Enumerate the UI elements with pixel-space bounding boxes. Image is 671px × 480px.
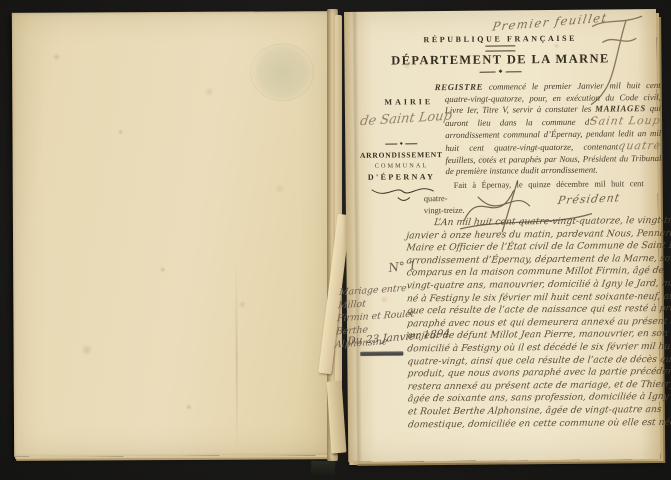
register-printed-text: feuillets, cotés et paraphés par Nous, P…: [445, 153, 661, 177]
double-rule-ornament: [485, 45, 515, 51]
department-heading: DÉPARTEMENT DE LA MARNE: [344, 51, 656, 69]
act-margin-rule: [360, 351, 403, 355]
register-title-page: Premier feuillet RÉPUBLIQUE FRANÇAISE DÉ…: [344, 9, 660, 462]
registre-word: REGISTRE: [435, 81, 483, 91]
faint-round-stamp: [250, 43, 314, 101]
handwritten-commune-fill: Saint Loup: [599, 115, 662, 127]
page-crease: [235, 262, 238, 452]
mariages-word: MARIAGES: [595, 103, 646, 113]
small-divider-ornament: ◆: [385, 141, 417, 145]
act-line: domestique, domiciliée en cette commune …: [407, 417, 654, 432]
marriage-act-text: L’An mil huit cent quatre-vingt-quatorze…: [406, 215, 654, 431]
register-paragraph: REGISTRE commencé le premier Janvier mil…: [435, 80, 662, 179]
handwritten-feuillets-fill: quatre: [627, 140, 662, 152]
book-cover-edge: [311, 461, 336, 477]
register-scan-scene: Premier feuillet RÉPUBLIQUE FRANÇAISE DÉ…: [0, 0, 671, 480]
left-blank-page: [12, 11, 332, 457]
